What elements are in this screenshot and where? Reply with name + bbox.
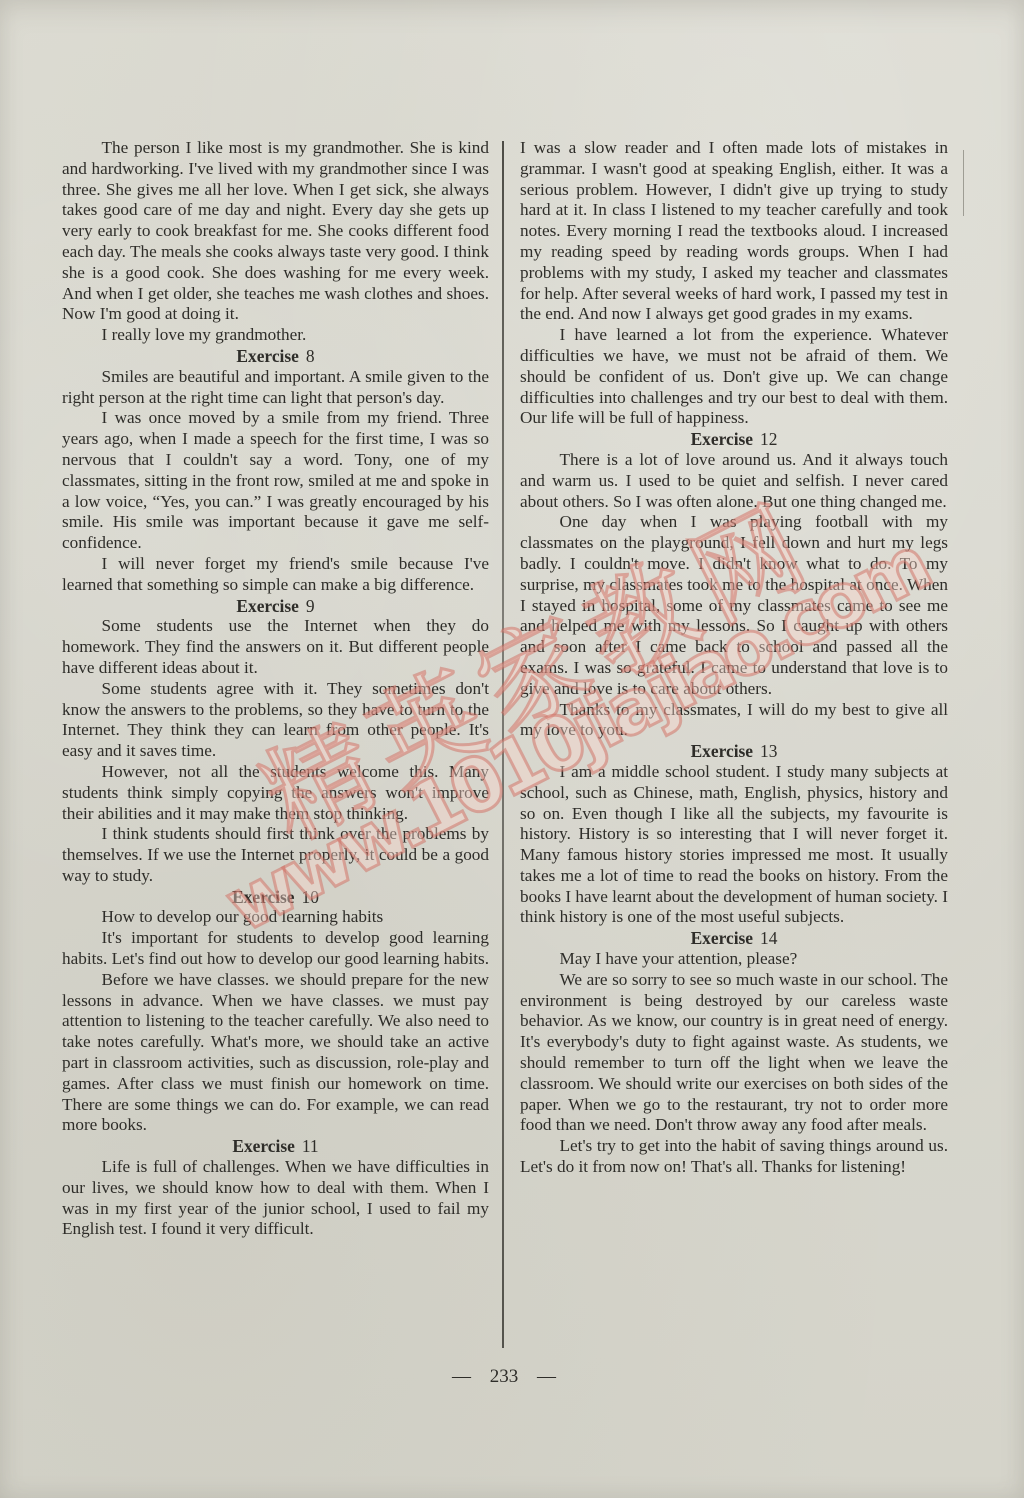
paragraph: One day when I was playing football with…	[520, 512, 948, 699]
paragraph: Life is full of challenges. When we have…	[62, 1157, 489, 1240]
exercise-heading: Exercise11	[62, 1136, 489, 1157]
exercise-heading: Exercise13	[520, 741, 948, 762]
exercise-heading-number: 14	[760, 928, 777, 948]
exercise-heading-label: Exercise	[232, 1136, 294, 1156]
paragraph: I think students should first think over…	[62, 824, 489, 886]
exercise-heading-label: Exercise	[691, 429, 753, 449]
exercise-heading-number: 10	[302, 887, 319, 907]
left-column: The person I like most is my grandmother…	[62, 138, 489, 1240]
paragraph: Before we have classes. we should prepar…	[62, 970, 489, 1136]
exercise-heading: Exercise8	[62, 346, 489, 367]
paragraph: Some students agree with it. They someti…	[62, 679, 489, 762]
paragraph: I am a middle school student. I study ma…	[520, 762, 948, 928]
exercise-heading-label: Exercise	[691, 741, 753, 761]
column-divider-rule	[502, 141, 504, 1348]
exercise-heading: Exercise10	[62, 887, 489, 908]
right-column: I was a slow reader and I often made lot…	[520, 138, 948, 1178]
paragraph: The person I like most is my grandmother…	[62, 138, 489, 325]
paragraph: I have learned a lot from the experience…	[520, 325, 948, 429]
exercise-heading-number: 11	[302, 1136, 319, 1156]
paragraph: I was once moved by a smile from my frie…	[62, 408, 489, 554]
exercise-heading-label: Exercise	[691, 928, 753, 948]
exercise-heading: Exercise12	[520, 429, 948, 450]
paragraph: Let's try to get into the habit of savin…	[520, 1136, 948, 1178]
exercise-heading-number: 13	[760, 741, 777, 761]
paragraph: There is a lot of love around us. And it…	[520, 450, 948, 512]
paragraph: I really love my grandmother.	[62, 325, 489, 346]
paragraph: We are so sorry to see so much waste in …	[520, 970, 948, 1136]
exercise-heading: Exercise9	[62, 596, 489, 617]
paragraph: Smiles are beautiful and important. A sm…	[62, 367, 489, 409]
exercise-heading-number: 8	[306, 346, 315, 366]
page-number: — 233 —	[0, 1366, 1008, 1388]
paragraph: However, not all the students welcome th…	[62, 762, 489, 824]
exercise-heading-label: Exercise	[232, 887, 294, 907]
paragraph: May I have your attention, please?	[520, 949, 948, 970]
exercise-heading-number: 12	[760, 429, 777, 449]
exercise-heading-label: Exercise	[236, 346, 298, 366]
paragraph: It's important for students to develop g…	[62, 928, 489, 970]
paragraph: I was a slow reader and I often made lot…	[520, 138, 948, 325]
paragraph: Thanks to my classmates, I will do my be…	[520, 700, 948, 742]
paragraph: Some students use the Internet when they…	[62, 616, 489, 678]
scan-edge-artifact	[963, 150, 964, 216]
exercise-heading-number: 9	[306, 596, 315, 616]
paragraph: I will never forget my friend's smile be…	[62, 554, 489, 596]
exercise-heading: Exercise14	[520, 928, 948, 949]
exercise-heading-label: Exercise	[236, 596, 298, 616]
paragraph: How to develop our good learning habits	[62, 907, 489, 928]
